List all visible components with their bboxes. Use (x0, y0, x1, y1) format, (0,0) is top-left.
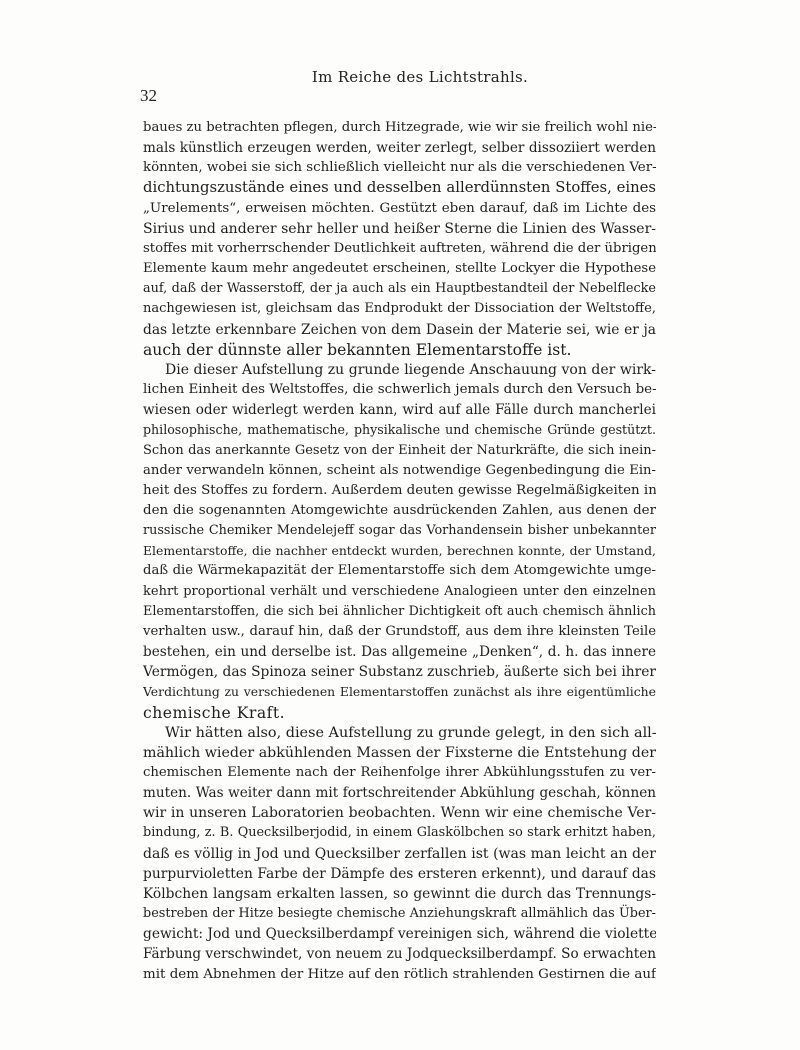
text-line: den die sogenannten Atomgewichte ausdrüc… (143, 501, 656, 521)
text-line: wiesen oder widerlegt werden kann, wird … (143, 400, 656, 420)
text-line: daß es völlig in Jod und Quecksilber zer… (143, 844, 656, 864)
paragraph-end-line: chemische Kraft. (143, 703, 656, 723)
text-line: mals künstlich erzeugen werden, weiter z… (143, 138, 656, 158)
text-line: chemischen Elemente nach der Reihenfolge… (143, 763, 656, 783)
text-line: baues zu betrachten pflegen, durch Hitze… (143, 118, 656, 138)
text-line: muten. Was weiter dann mit fortschreiten… (143, 783, 656, 803)
text-line: auf, daß der Wasserstoff, der ja auch al… (143, 279, 656, 299)
text-line: bindung, z. B. Quecksilberjodid, in eine… (143, 823, 656, 843)
text-line: könnten, wobei sie sich schließlich viel… (143, 158, 656, 178)
text-line: ander verwandeln können, scheint als not… (143, 461, 656, 481)
text-line: lichen Einheit des Weltstoffes, die schw… (143, 380, 656, 400)
text-line: das letzte erkennbare Zeichen von dem Da… (143, 320, 656, 340)
text-line: gewicht: Jod und Quecksilberdampf verein… (143, 924, 656, 944)
text-line: verhalten usw., darauf hin, daß der Grun… (143, 622, 656, 642)
text-line: Elementarstoffen, die sich bei ähnlicher… (143, 602, 656, 622)
text-line: philosophische, mathematische, physikali… (143, 420, 656, 440)
text-line: nachgewiesen ist, gleichsam das Endprodu… (143, 299, 656, 319)
text-line: stoffes mit vorherrschender Deutlichkeit… (143, 239, 656, 259)
text-line: Kölbchen langsam erkalten lassen, so gew… (143, 884, 656, 904)
text-line: Färbung verschwindet, von neuem zu Jodqu… (143, 944, 656, 964)
text-line: purpurvioletten Farbe der Dämpfe des ers… (143, 864, 656, 884)
text-line: Vermögen, das Spinoza seiner Substanz zu… (143, 662, 656, 682)
text-line: dichtungszustände eines und desselben al… (143, 178, 656, 198)
text-line: heit des Stoffes zu fordern. Außerdem de… (143, 481, 656, 501)
paragraph-end-line: auch der dünnste aller bekannten Element… (143, 340, 656, 360)
text-line: Elementarstoffe, die nachher entdeckt wu… (143, 541, 656, 561)
text-line: mit dem Abnehmen der Hitze auf den rötli… (143, 965, 656, 985)
text-line: bestehen, ein und derselbe ist. Das allg… (143, 642, 656, 662)
text-line: mählich wieder abkühlenden Massen der Fi… (143, 743, 656, 763)
text-line: kehrt proportional verhält und verschied… (143, 582, 656, 602)
text-line: wir in unseren Laboratorien beobachten. … (143, 803, 656, 823)
paragraph-start-line: Die dieser Aufstellung zu grunde liegend… (143, 360, 656, 380)
running-head-title: Im Reiche des Lichtstrahls. (0, 68, 800, 86)
text-line: bestreben der Hitze besiegte chemische A… (143, 904, 656, 924)
book-page: Im Reiche des Lichtstrahls. 32 baues zu … (0, 0, 800, 1050)
text-line: Schon das anerkannte Gesetz von der Einh… (143, 441, 656, 461)
text-line: Verdichtung zu verschiedenen Elementarst… (143, 682, 656, 702)
text-line: russische Chemiker Mendelejeff sogar das… (143, 521, 656, 541)
body-text: baues zu betrachten pflegen, durch Hitze… (143, 118, 656, 985)
text-line: Elemente kaum mehr angedeutet erscheinen… (143, 259, 656, 279)
text-line: „Urelements“, erweisen möchten. Gestützt… (143, 199, 656, 219)
page-number: 32 (140, 86, 157, 106)
paragraph-start-line: Wir hätten also, diese Aufstellung zu gr… (143, 723, 656, 743)
text-line: Sirius und anderer sehr heller und heiße… (143, 219, 656, 239)
text-line: daß die Wärmekapazität der Elementarstof… (143, 561, 656, 581)
